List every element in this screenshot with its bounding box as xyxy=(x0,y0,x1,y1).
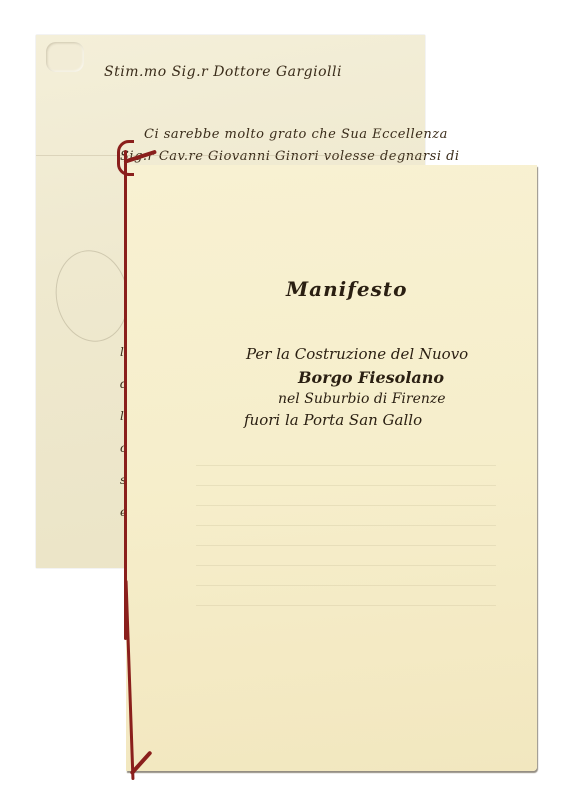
booklet-subtitle-line: nel Suburbio di Firenze xyxy=(278,391,446,407)
booklet-title: Manifesto xyxy=(286,277,407,301)
manifesto-booklet: Manifesto Per la Costruzione del Nuovo B… xyxy=(126,165,537,771)
letter-salutation: Stim.mo Sig.r Dottore Gargiolli xyxy=(104,64,342,80)
bleed-through-flourish xyxy=(49,244,136,347)
booklet-subtitle-line: Borgo Fiesolano xyxy=(298,368,444,387)
embossed-seal-icon xyxy=(46,42,84,72)
binding-thread xyxy=(124,150,127,640)
booklet-subtitle-line: Per la Costruzione del Nuovo xyxy=(246,345,468,363)
booklet-subtitle-line: fuori la Porta San Gallo xyxy=(244,411,422,429)
bleed-through-lines xyxy=(196,465,496,625)
letter-line: Sig.r Cav.re Giovanni Ginori volesse deg… xyxy=(120,149,460,164)
letter-line: Ci sarebbe molto grato che Sua Eccellenz… xyxy=(144,127,448,142)
